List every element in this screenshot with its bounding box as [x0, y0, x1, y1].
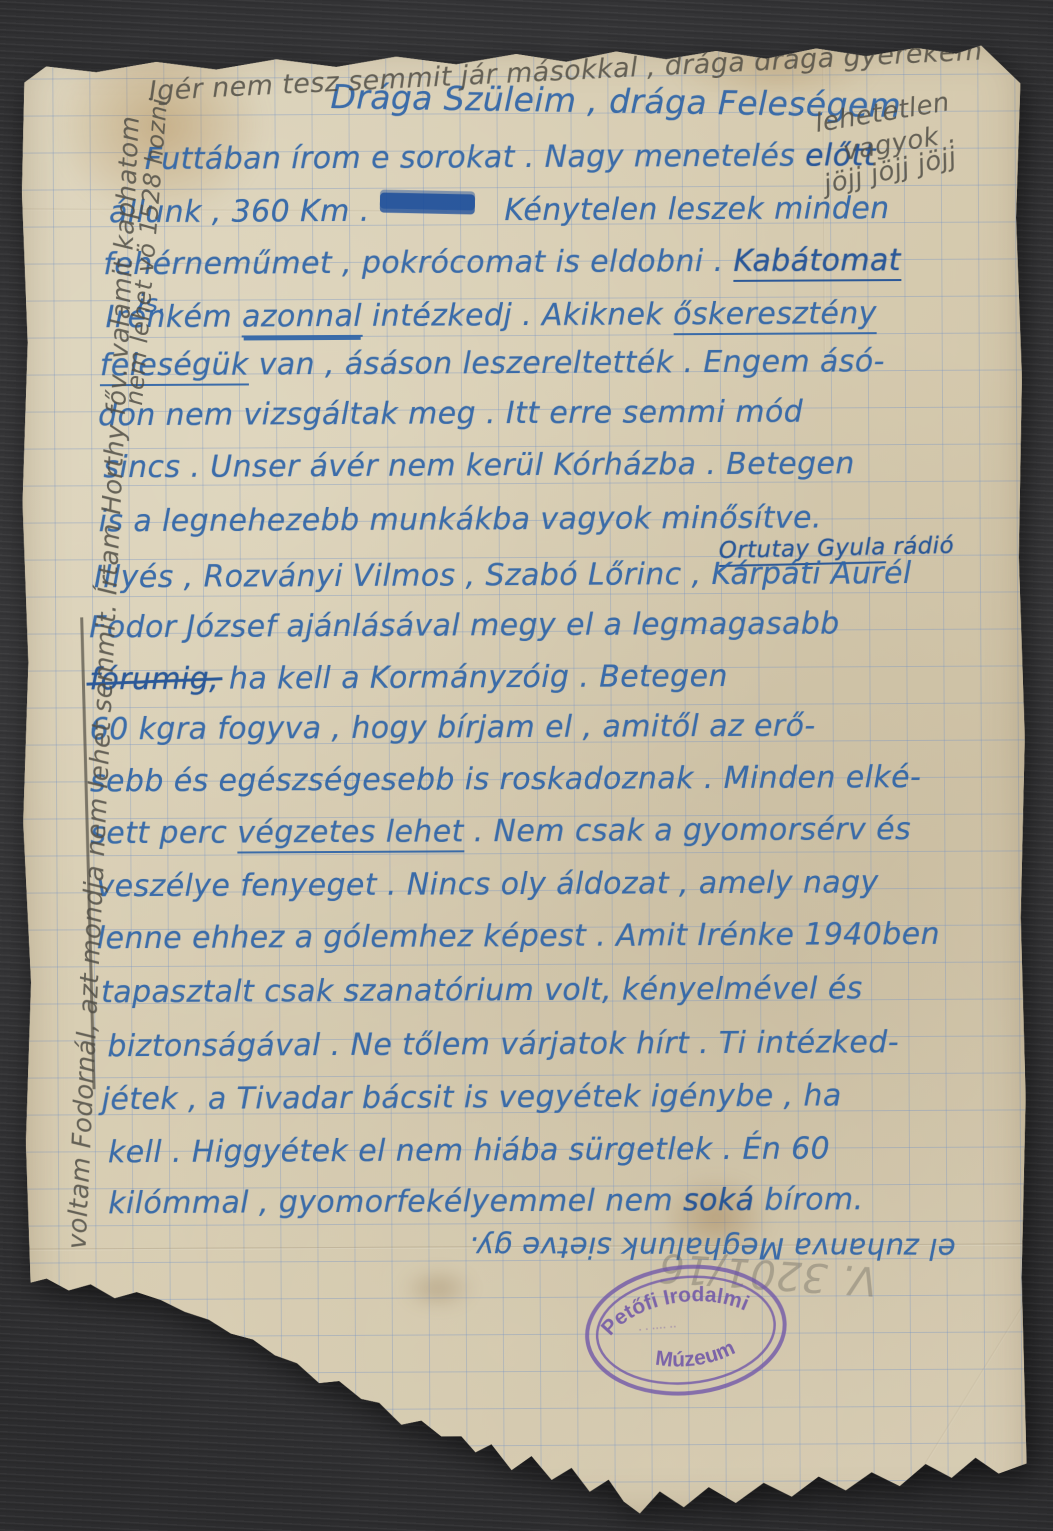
letter-paper-wrapper: Drága Szüleim , drága FeleségemFuttában …	[16, 37, 1036, 1524]
paper-edge-shading	[16, 37, 1036, 1524]
letter-paper: Drága Szüleim , drága FeleségemFuttában …	[16, 37, 1036, 1524]
photo-background: { "letter": { "salutation": "Drága Szüle…	[0, 0, 1053, 1531]
